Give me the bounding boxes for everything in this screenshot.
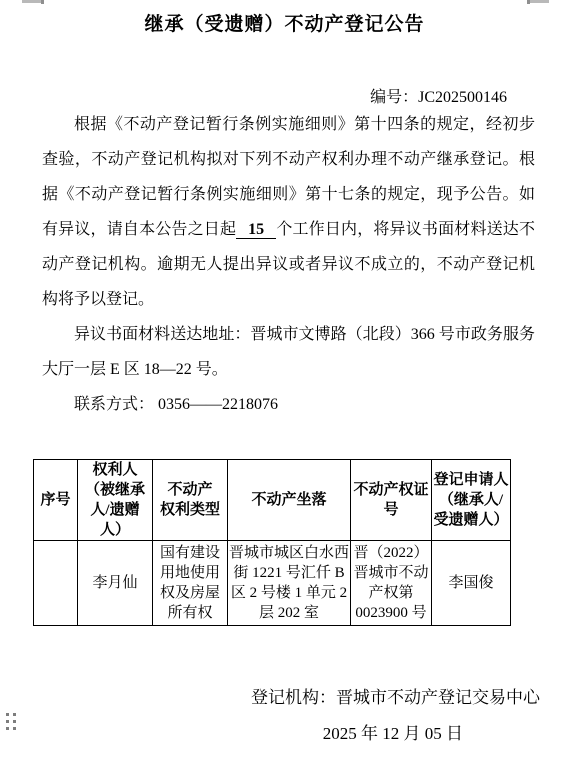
paragraph-legal-basis-start: 根据《不动产登记暂行条例实施细则》第十四条的规定，经初步查验，不动产登记机构拟对… bbox=[42, 116, 535, 238]
page-title: 继承（受遗赠）不动产登记公告 bbox=[0, 9, 569, 36]
col-header-serial-no: 序号 bbox=[34, 460, 78, 541]
footer-registry-line: 登记机构：晋城市不动产登记交易中心 bbox=[251, 683, 540, 708]
cell-right-holder: 李月仙 bbox=[78, 541, 153, 626]
drag-handle-icon[interactable] bbox=[6, 713, 16, 730]
cell-right-type: 国有建设用地使用权及房屋所有权 bbox=[153, 541, 228, 626]
cell-property-location: 晋城市城区白水西街 1221 号汇仟 B 区 2 号楼 1 单元 2 层 202… bbox=[228, 541, 351, 626]
doc-number-label: 编号： bbox=[370, 89, 418, 106]
body-text: 根据《不动产登记暂行条例实施细则》第十四条的规定，经初步查验，不动产登记机构拟对… bbox=[42, 107, 535, 422]
top-left-edge-tip bbox=[41, 0, 44, 4]
cell-serial-no bbox=[34, 541, 78, 626]
col-header-property-location: 不动产坐落 bbox=[228, 460, 351, 541]
cell-certificate-no: 晋（2022）晋城市不动产权第 0023900 号 bbox=[351, 541, 432, 626]
registry-label: 登记机构： bbox=[251, 688, 336, 707]
cell-applicant: 李国俊 bbox=[432, 541, 511, 626]
objection-deadline-days: 15 bbox=[236, 221, 276, 239]
col-header-right-holder: 权利人 （被继承 人/遗赠 人） bbox=[78, 460, 153, 541]
doc-number-line: 编号：JC202500146 bbox=[370, 84, 507, 107]
col-header-applicant: 登记申请人 （继承人/ 受遗赠人） bbox=[432, 460, 511, 541]
registry-name: 晋城市不动产登记交易中心 bbox=[336, 688, 540, 707]
top-right-edge-tip bbox=[527, 0, 530, 4]
table-header-row: 序号 权利人 （被继承 人/遗赠 人） 不动产 权利类型 不动产坐落 不动产权证… bbox=[34, 460, 511, 541]
col-header-right-type: 不动产 权利类型 bbox=[153, 460, 228, 541]
announcement-page: { "document": { "title": "继承（受遗赠）不动产登记公告… bbox=[0, 0, 569, 761]
col-header-certificate-no: 不动产权证号 bbox=[351, 460, 432, 541]
doc-number-value: JC202500146 bbox=[418, 89, 507, 106]
paragraph-delivery-address: 异议书面材料送达地址：晋城市文博路（北段）366 号市政务服务大厅一层 E 区 … bbox=[42, 317, 535, 387]
paragraph-contact: 联系方式： 0356——2218076 bbox=[42, 387, 535, 422]
top-right-edge-bar bbox=[527, 0, 549, 3]
paragraph-legal-basis: 根据《不动产登记暂行条例实施细则》第十四条的规定，经初步查验，不动产登记机构拟对… bbox=[42, 107, 535, 317]
table-row: 李月仙 国有建设用地使用权及房屋所有权 晋城市城区白水西街 1221 号汇仟 B… bbox=[34, 541, 511, 626]
top-left-edge-bar bbox=[22, 0, 44, 3]
footer-date: 2025 年 12 月 05 日 bbox=[323, 719, 463, 744]
registration-table: 序号 权利人 （被继承 人/遗赠 人） 不动产 权利类型 不动产坐落 不动产权证… bbox=[33, 459, 511, 626]
